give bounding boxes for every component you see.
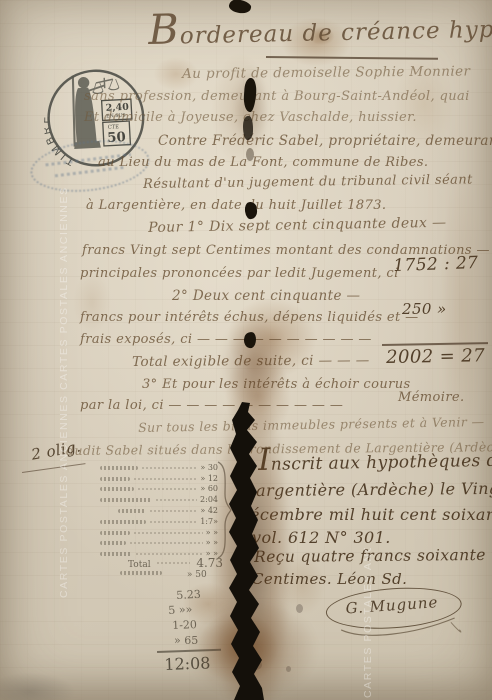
- pencil-total-value: 4.73: [196, 556, 223, 570]
- ink-blot: [228, 0, 252, 15]
- margin-note: 2 olig.: [30, 437, 82, 463]
- illegible-pencil-label: [100, 541, 126, 545]
- handwritten-line: frais exposés, ci — — — — — — — — — —: [80, 332, 372, 347]
- registration-line: Inscrit aux hypothèques de L: [258, 445, 492, 475]
- dotted-leader: [156, 561, 190, 565]
- handwritten-line: 2° Deux cent cinquante —: [172, 288, 360, 304]
- illegible-pencil-label: [118, 509, 146, 513]
- handwritten-line: par la loi, ci — — — — — — — — — —: [80, 398, 343, 413]
- calc-item: » 65: [174, 634, 198, 647]
- table-row: » 12: [100, 472, 218, 483]
- signature-flourish: [320, 577, 474, 645]
- pencil-value: » »: [206, 528, 218, 537]
- margin-note-underline: [22, 463, 86, 473]
- illegible-pencil-label: [100, 531, 130, 535]
- calc-sum: 12:08: [164, 653, 211, 674]
- registration-line: argentière (Ardèche) le Vingt deux D: [256, 478, 492, 500]
- calc-item: 1-20: [172, 618, 197, 632]
- handwritten-line: 3° Et pour les intérêts à échoir courus: [142, 377, 411, 392]
- pencil-smudge: [296, 604, 303, 613]
- table-row: » 30: [100, 461, 218, 472]
- dotted-leader: [133, 531, 203, 535]
- amount-interets: 250 »: [402, 300, 447, 318]
- pencil-total-label: Total: [128, 560, 151, 570]
- amount-memoire: Mémoire.: [398, 390, 465, 405]
- dotted-leader: [129, 541, 203, 545]
- dotted-leader: [137, 487, 197, 491]
- pencil-fee-table: » 30 » 12 » 60 2:04 » 42 1:7» » » » » » …: [100, 461, 218, 558]
- pencil-value: » 12: [200, 474, 218, 483]
- table-row: » »: [100, 526, 218, 537]
- table-row: » »: [100, 537, 218, 548]
- registration-line: écembre mil huit cent soixante treize,: [250, 505, 492, 524]
- pencil-value: » 30: [200, 463, 218, 472]
- title-underline: [266, 56, 438, 60]
- pencil-value: » 42: [200, 506, 218, 515]
- illegible-pencil-label: [100, 498, 152, 502]
- handwritten-line: au Lieu du mas de La Font, commune de Ri…: [98, 155, 428, 170]
- illegible-pencil-label: [100, 487, 134, 491]
- pencil-smudge: [286, 666, 291, 672]
- calc-item: 5 »»: [168, 603, 193, 617]
- table-row: 1:7»: [100, 515, 218, 526]
- ink-blot: [246, 148, 254, 161]
- document-title: Bordereau de créance hypothéca: [148, 7, 492, 50]
- pencil-total-row: Total 4.73: [128, 556, 223, 570]
- pencil-sub-row: » 50: [120, 570, 207, 580]
- amount-condamnations: 1752 : 27: [393, 253, 479, 276]
- ink-blot: [243, 116, 253, 140]
- pencil-value: » 60: [200, 484, 218, 493]
- registration-line: Reçu quatre francs soixante treize: [254, 546, 492, 566]
- dotted-leader: [149, 509, 197, 513]
- handwritten-line: principales prononcées par ledit Jugemen…: [80, 266, 399, 281]
- handwritten-line: à Largentière, en date du huit Juillet 1…: [86, 198, 386, 213]
- watermark-left: CARTES POSTALES ANCIENNES CARTES POSTALE…: [58, 168, 70, 598]
- scanned-document: Bordereau de créance hypothéca: [0, 0, 492, 700]
- illegible-pencil-label: [100, 477, 130, 481]
- calc-item: 5.23: [176, 588, 201, 602]
- table-brace: [216, 460, 232, 560]
- dotted-leader: [149, 520, 197, 524]
- handwritten-line: Pour 1° Dix sept cent cinquante deux —: [148, 215, 447, 236]
- illegible-pencil-label: [100, 466, 138, 470]
- ink-blot: [243, 78, 257, 113]
- handwritten-line: Total exigible de suite, ci — — —: [132, 352, 370, 370]
- handwritten-line: sans profession, demeurant à Bourg-Saint…: [84, 89, 470, 104]
- dotted-leader: [133, 477, 197, 481]
- table-row: » 42: [100, 504, 218, 515]
- calc-sum-rule: [157, 649, 221, 653]
- table-row: 2:04: [100, 493, 218, 504]
- signature-block: G. Mugune: [320, 577, 474, 645]
- amount-total: 2002 = 27: [386, 345, 485, 368]
- pencil-value: 1:7»: [200, 517, 218, 526]
- pencil-sub-value: » 50: [187, 570, 207, 580]
- pencil-value: 2:04: [200, 495, 218, 504]
- illegible-pencil-label: [100, 520, 146, 524]
- registration-line: vol. 612 N° 301.: [252, 528, 391, 547]
- handwritten-line: Résultant d'un jugement du tribunal civi…: [143, 172, 473, 192]
- handwritten-line: Au profit de demoiselle Sophie Monnier: [182, 63, 470, 82]
- handwritten-line: Contre Frédéric Sabel, propriétaire, dem…: [158, 133, 492, 149]
- pencil-value: » »: [206, 538, 218, 547]
- handwritten-line: francs pour intérêts échus, dépens liqui…: [80, 310, 419, 325]
- dotted-leader: [155, 498, 197, 502]
- dotted-leader: [141, 466, 197, 470]
- illegible-pencil-label: [120, 571, 162, 575]
- table-row: » 60: [100, 483, 218, 494]
- handwritten-line: Sur tous les biens immeubles présents et…: [138, 414, 485, 435]
